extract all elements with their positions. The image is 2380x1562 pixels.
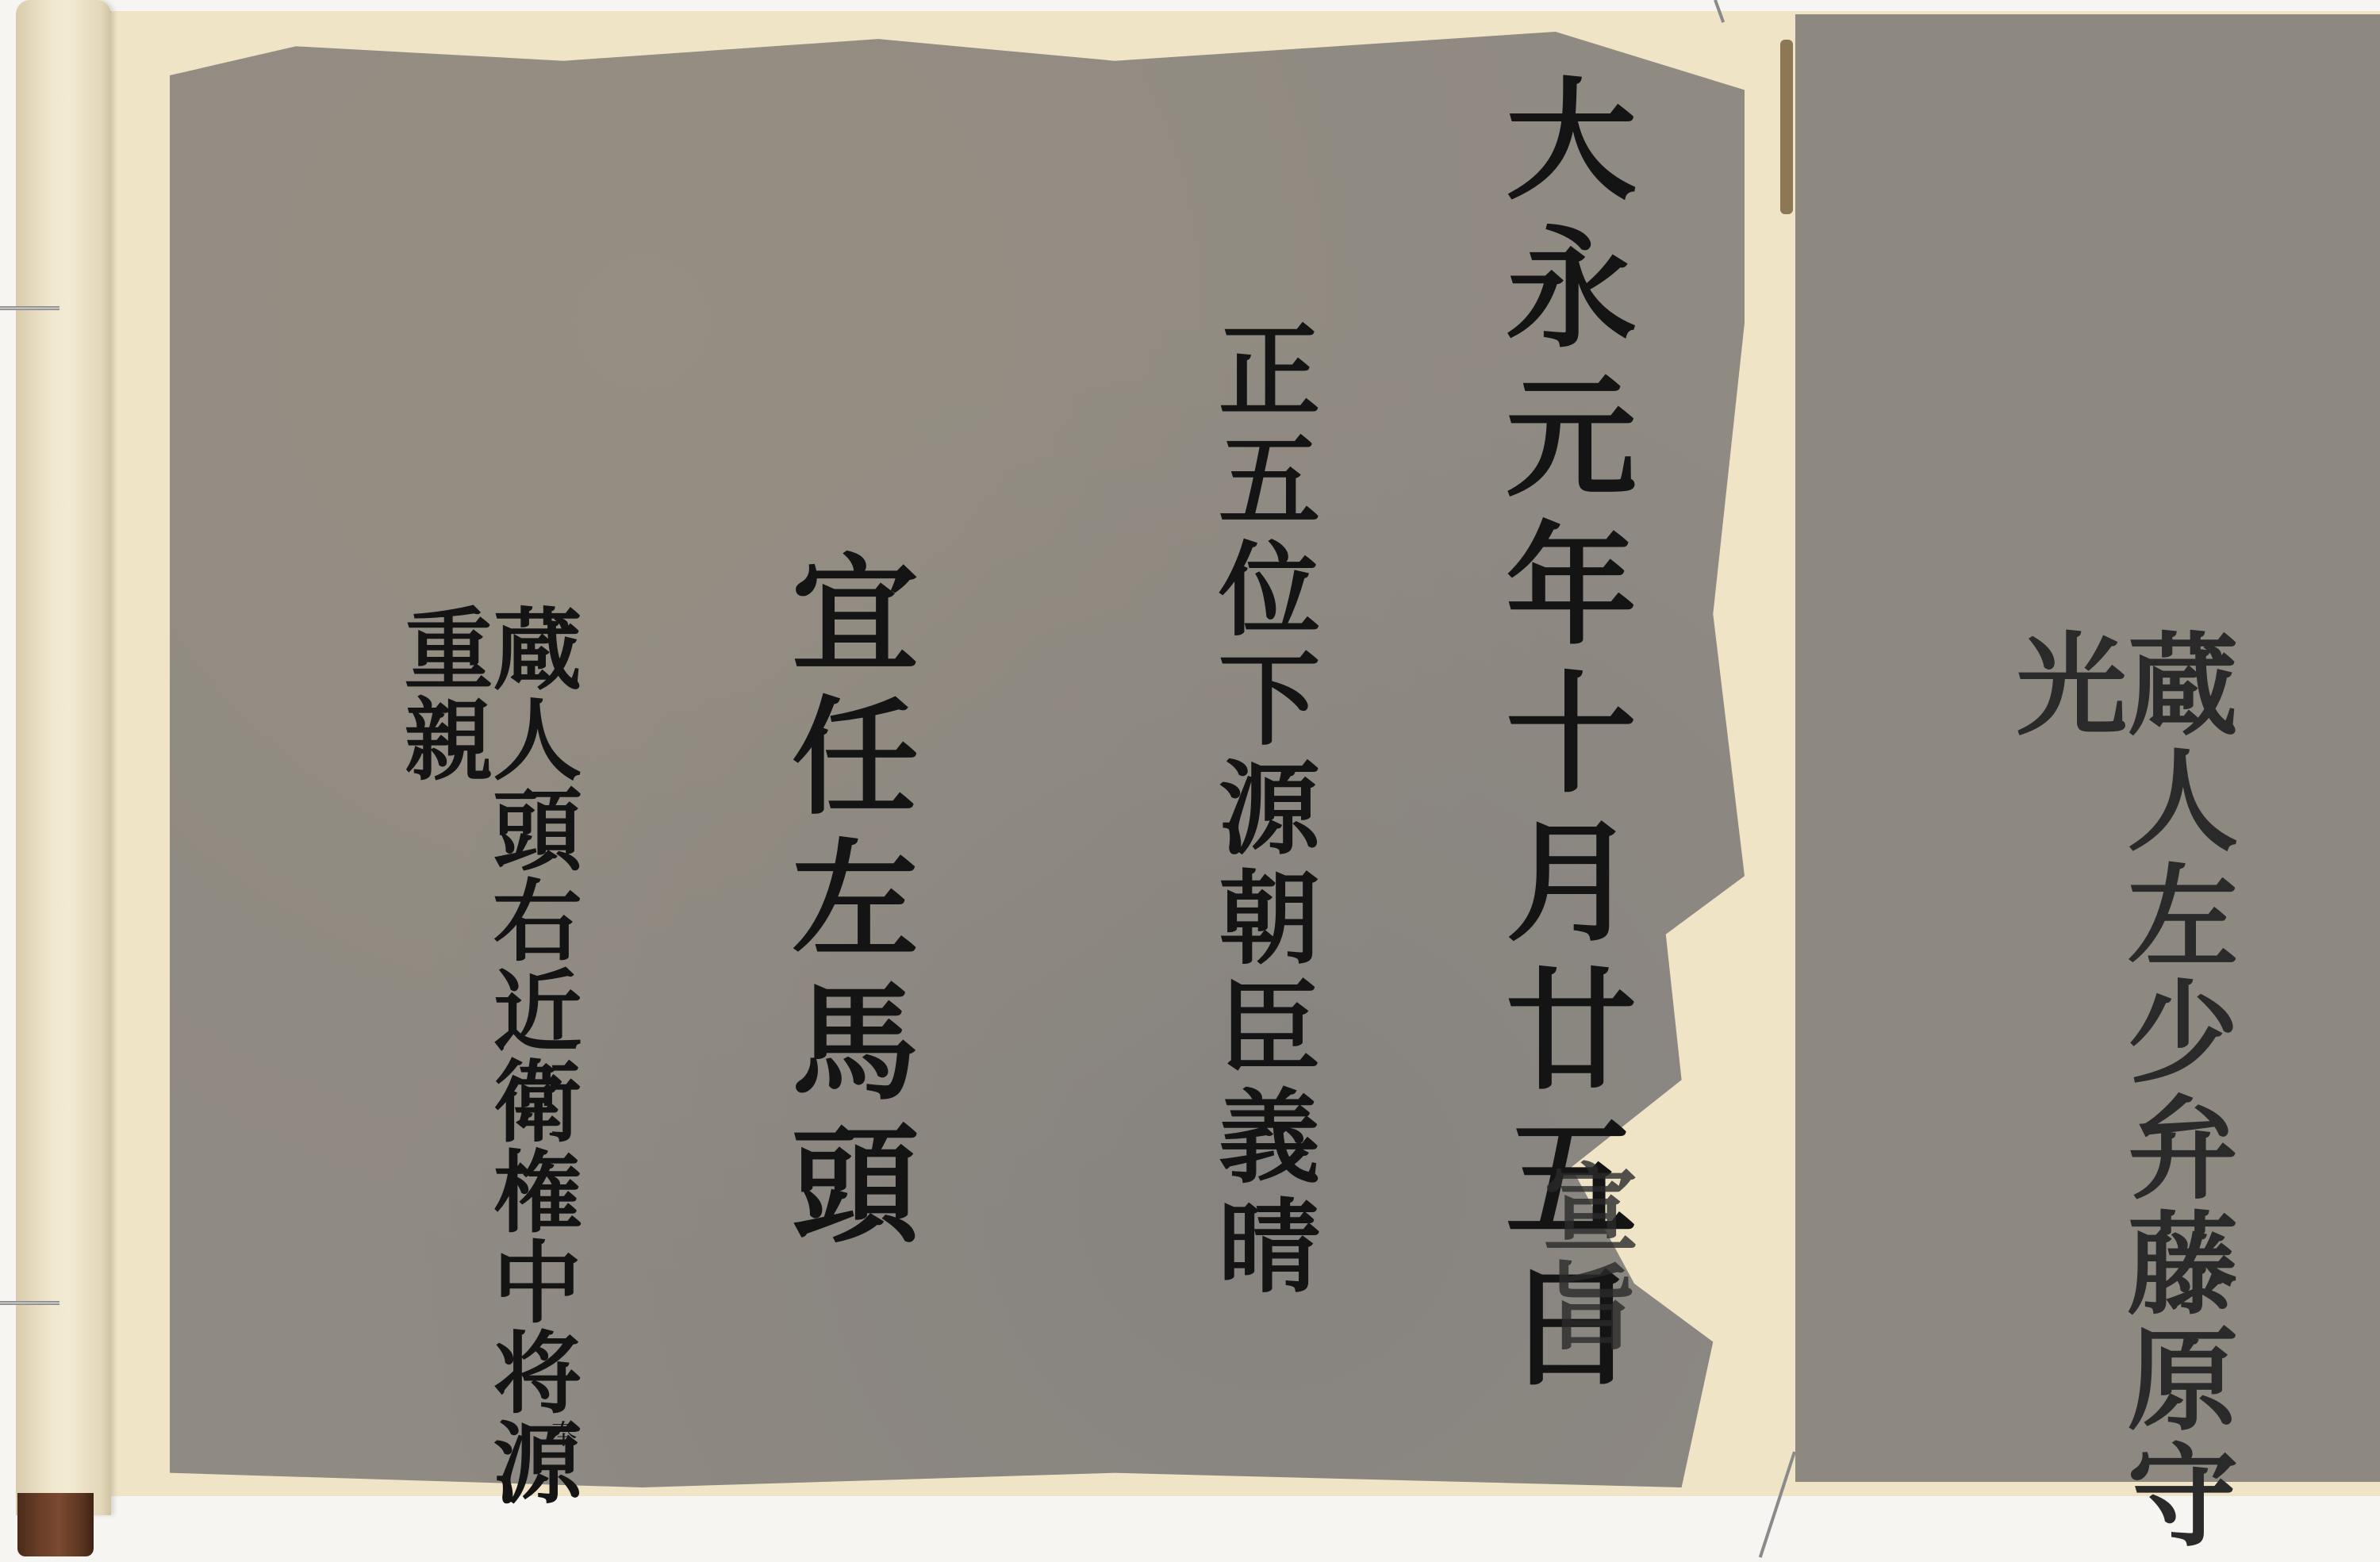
issuer-column: 蔵人頭右近衛権中将源重親 [397,603,574,1562]
right-panel-column: 蔵人左少弁藤原守光 [2007,627,2229,1562]
scroll-roller [16,0,111,1515]
roller-wooden-end [17,1493,94,1556]
appointment-order-column: 宜任左馬頭 [781,547,908,1261]
mounting-pin [0,306,59,310]
senji-label-column: 宣旨 [1535,1158,1630,1355]
mounting-pin-lower [0,1301,59,1305]
rank-name-column: 正五位下源朝臣義晴 [1210,317,1311,1303]
issuer-note: 奉 [547,1420,574,1450]
water-stain [1780,40,1793,214]
